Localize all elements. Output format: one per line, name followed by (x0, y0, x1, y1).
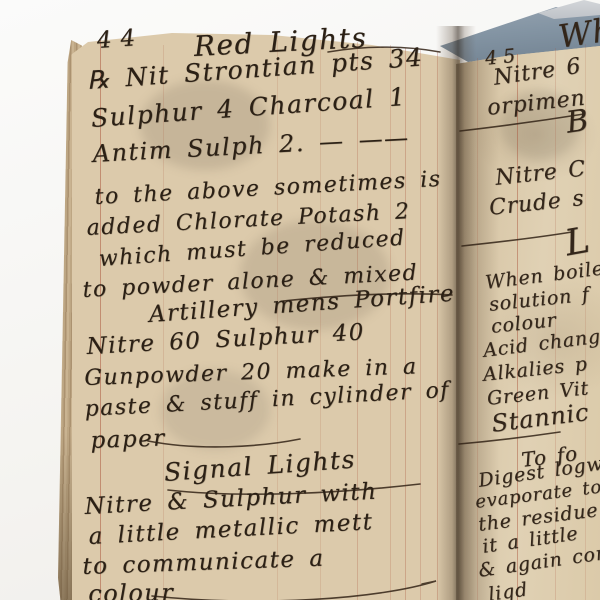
handwriting-line: colour (88, 578, 174, 600)
page-number-left: 44 (96, 25, 145, 54)
photo-open-notebook: 44 Red Lights ℞ Nit Strontian pts 34 Sul… (0, 0, 600, 600)
book-gutter-shadow (436, 26, 476, 600)
right-page-title-fragment: Wh (556, 10, 600, 55)
handwriting-line: B (564, 103, 592, 141)
ruled-line (420, 50, 421, 600)
handwriting-line: paper (90, 425, 166, 454)
ruled-line (437, 52, 438, 600)
